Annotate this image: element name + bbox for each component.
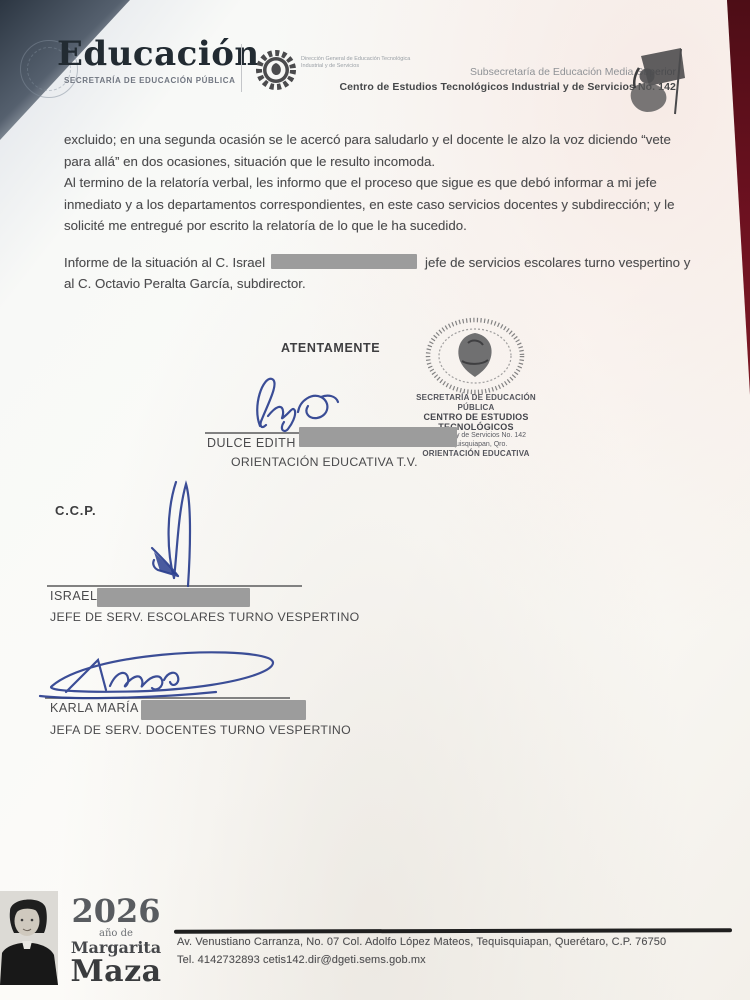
sep-brand-subtitle: SECRETARÍA DE EDUCACIÓN PÚBLICA: [64, 76, 236, 85]
stamp-line: SECRETARÍA DE EDUCACIÓN: [397, 393, 555, 403]
report-line: Informe de la situación al C. Israeljefe…: [64, 252, 694, 295]
photo-background-edge: [726, 0, 750, 395]
redaction-box-body: [271, 254, 417, 269]
redaction-box-ccp-2: [141, 700, 306, 720]
header-divider: [241, 44, 242, 92]
report-line-text-before: Informe de la situación al C. Israel: [64, 255, 265, 270]
ccp-role-2: JEFA DE SERV. DOCENTES TURNO VESPERTINO: [50, 723, 351, 737]
redaction-box-signer: [299, 427, 457, 447]
body-paragraph-2: Al termino de la relatoría verbal, les i…: [64, 172, 694, 237]
ccp-name-1: ISRAEL: [50, 589, 97, 603]
footer-contact: Tel. 4142732893 cetis142.dir@dgeti.sems.…: [177, 954, 426, 966]
body-paragraph-1: excluido; en una segunda ocasión se le a…: [64, 129, 694, 172]
sep-brand-wordmark: Educación: [57, 34, 260, 74]
redaction-box-ccp-1: [97, 588, 250, 607]
signature-israel: [142, 474, 232, 590]
signer-role: ORIENTACIÓN EDUCATIVA T.V.: [231, 455, 418, 469]
scanned-letter-page: Educación SECRETARÍA DE EDUCACIÓN PÚBLIC…: [0, 0, 750, 1000]
year-emblem: 2026 año de Margarita Maza: [58, 894, 174, 986]
national-seal-stamp-icon: [424, 317, 526, 397]
stamp-line: ORIENTACIÓN EDUCATIVA: [397, 449, 555, 459]
letter-body: excluido; en una segunda ocasión se le a…: [64, 129, 694, 295]
signature-dulce: [248, 366, 370, 436]
person-last-name: Maza: [58, 957, 174, 986]
stamp-line: PÚBLICA: [397, 403, 555, 413]
ccp-role-1: JEFE DE SERV. ESCOLARES TURNO VESPERTINO: [50, 610, 360, 624]
footer-rule: [174, 928, 732, 933]
footer-address: Av. Venustiano Carranza, No. 07 Col. Ado…: [177, 936, 666, 948]
ccp-label: C.C.P.: [55, 503, 96, 518]
dgeti-gear-icon: [254, 46, 300, 96]
margarita-maza-portrait: [0, 891, 58, 985]
flag-woman-emblem-icon: [615, 46, 695, 118]
signer-name: DULCE EDITH: [207, 436, 296, 450]
stamp-line: CENTRO DE ESTUDIOS: [397, 412, 555, 422]
stamp-text: SECRETARÍA DE EDUCACIÓN PÚBLICA CENTRO D…: [397, 393, 555, 459]
year-value: 2026: [58, 894, 174, 928]
salutation: ATENTAMENTE: [281, 341, 380, 355]
signature-karla: [36, 644, 296, 708]
